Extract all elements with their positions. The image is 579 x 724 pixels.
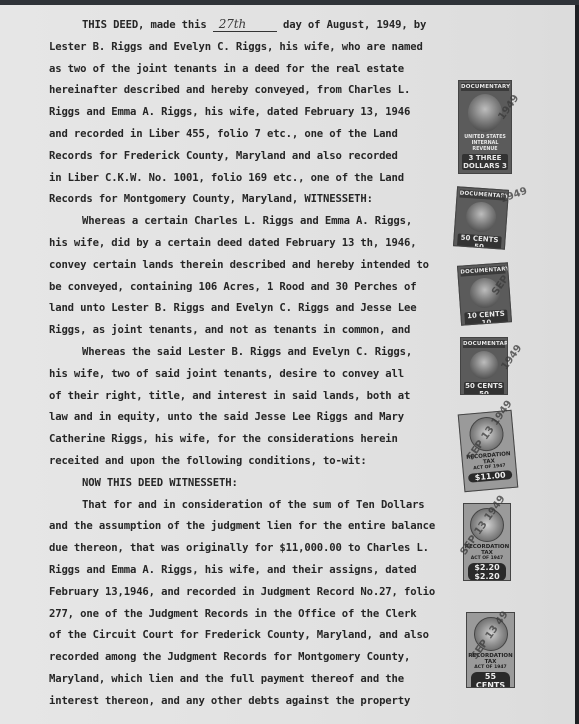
deed-line: receited and upon the following conditio…: [49, 451, 449, 473]
stamp-us-documentary-3-dollars: DOCUMENTARY UNITED STATES INTERNAL REVEN…: [458, 80, 512, 174]
deed-line: Records for Frederick County, Maryland a…: [49, 146, 449, 168]
deed-line: Riggs and Emma A. Riggs, his wife, dated…: [49, 102, 449, 124]
stamp-header: DOCUMENTARY: [460, 265, 505, 276]
deed-line: convey certain lands therein described a…: [49, 255, 449, 277]
deed-line: Lester B. Riggs and Evelyn C. Riggs, his…: [49, 37, 449, 59]
deed-line: due thereon, that was originally for $11…: [49, 538, 449, 560]
stamp-value: 50 CENTS 50: [464, 382, 504, 395]
deed-line: recorded among the Judgment Records for …: [49, 647, 449, 669]
deed-line: law and in equity, unto the said Jesse L…: [49, 407, 449, 429]
deed-text: THIS DEED, made this 27th day of August,…: [49, 15, 449, 713]
deed-line: be conveyed, containing 106 Acres, 1 Roo…: [49, 277, 449, 299]
deed-line: February 13,1946, and recorded in Judgme…: [49, 582, 449, 604]
stamp-value: $11.00: [468, 470, 513, 483]
stamp-footer-2: INTERNAL REVENUE: [459, 141, 511, 153]
deed-line: hereinafter described and hereby conveye…: [49, 80, 449, 102]
deed-body-lines: Lester B. Riggs and Evelyn C. Riggs, his…: [49, 37, 449, 713]
stamp-act-label: ACT OF 1947: [464, 556, 510, 561]
stamp-us-documentary-10-cents: DOCUMENTARY 10 CENTS 10: [457, 262, 512, 325]
deed-line: 277, one of the Judgment Records in the …: [49, 604, 449, 626]
deed-line: his wife, did by a certain deed dated Fe…: [49, 233, 449, 255]
stamp-act-label: ACT OF 1947: [467, 665, 514, 670]
deed-line: and recorded in Liber 455, folio 7 etc.,…: [49, 124, 449, 146]
deed-line: of the Circuit Court for Frederick Count…: [49, 625, 449, 647]
deed-line: Riggs and Emma A. Riggs, his wife, and t…: [49, 560, 449, 582]
deed-line: of their right, title, and interest in s…: [49, 386, 449, 408]
deed-line: as two of the joint tenants in a deed fo…: [49, 59, 449, 81]
opening-suffix: day of August, 1949, by: [277, 19, 426, 31]
deed-line: NOW THIS DEED WITNESSETH:: [49, 473, 449, 495]
deed-line: land unto Lester B. Riggs and Evelyn C. …: [49, 298, 449, 320]
stamp-value: $2.20 $2.20: [468, 563, 506, 581]
deed-line: Riggs, as joint tenants, and not as tena…: [49, 320, 449, 342]
opening-prefix: THIS DEED, made this: [82, 19, 213, 31]
deed-line: interest thereon, and any other debts ag…: [49, 691, 449, 713]
deed-line: his wife, two of said joint tenants, des…: [49, 364, 449, 386]
stamp-value: 55 CENTS 55: [471, 672, 510, 688]
stamp-header: DOCUMENTARY: [463, 340, 505, 348]
stamp-value: 3 THREE DOLLARS 3: [462, 154, 508, 170]
deed-line: Whereas the said Lester B. Riggs and Eve…: [49, 342, 449, 364]
handwritten-day: 27th: [213, 17, 277, 32]
deed-line: in Liber C.K.W. No. 1001, folio 169 etc.…: [49, 168, 449, 190]
deed-opening-line: THIS DEED, made this 27th day of August,…: [49, 15, 449, 37]
deed-line: Records for Montgomery County, Maryland,…: [49, 189, 449, 211]
stamp-header: DOCUMENTARY: [461, 83, 509, 91]
viewer-right-edge: [575, 5, 579, 724]
deed-line: Whereas a certain Charles L. Riggs and E…: [49, 211, 449, 233]
deed-line: and the assumption of the judgment lien …: [49, 516, 449, 538]
deed-line: Catherine Riggs, his wife, for the consi…: [49, 429, 449, 451]
portrait-icon: [470, 351, 498, 379]
deed-line: That for and in consideration of the sum…: [49, 495, 449, 517]
deed-line: Maryland, which lien and the full paymen…: [49, 669, 449, 691]
portrait-icon: [465, 201, 497, 233]
